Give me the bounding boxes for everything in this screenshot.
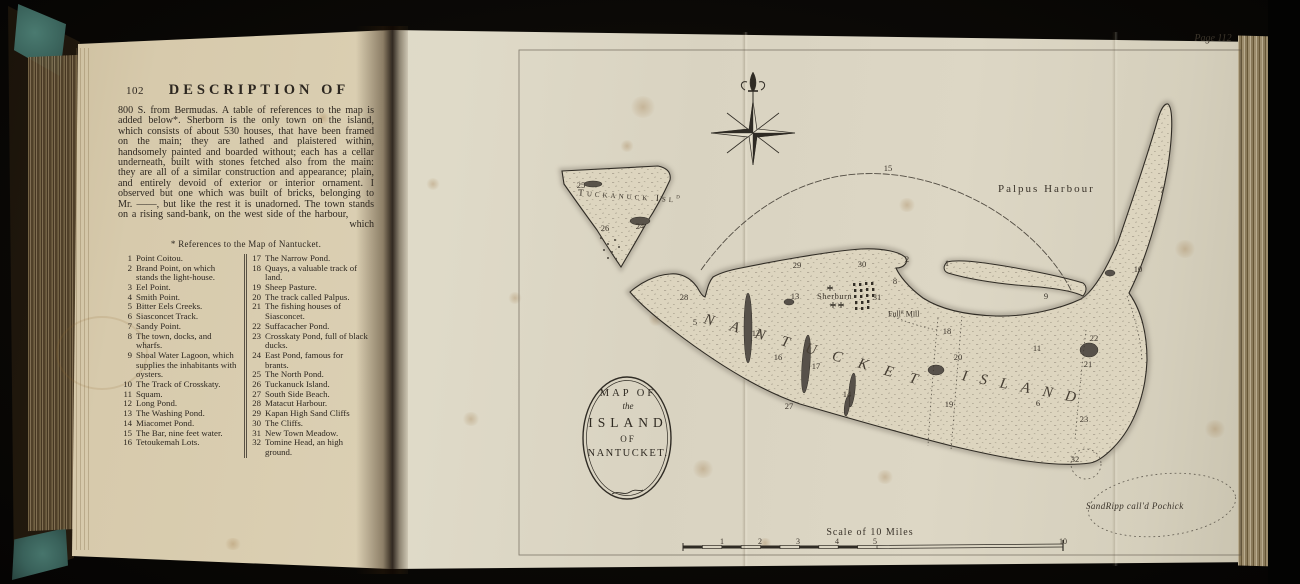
label-sand-ripp-pochick: SandRipp call'd Pochick [1086, 501, 1184, 511]
map-reference-number: 30 [858, 259, 867, 269]
reference-text: The town, docks, and wharfs. [136, 332, 239, 351]
reference-item: 18 Quays, a valuable track of land. [247, 264, 368, 283]
scale-tick-number: 4 [835, 537, 839, 546]
cartouche-line-5: NANTUCKET. [584, 448, 672, 459]
page-number: 102 [126, 85, 144, 97]
plate-fold-crease [742, 32, 748, 566]
reference-text: East Pond, famous for brants. [265, 351, 368, 370]
scale-tick-number: 2 [758, 537, 762, 546]
map-reference-number: 7 [1160, 185, 1164, 195]
label-palpus-harbour: Palpus Harbour [998, 183, 1095, 195]
reference-number: 9 [118, 351, 132, 380]
foxing-spot [508, 292, 522, 304]
map-reference-number: 31 [873, 292, 882, 302]
reference-item: 24 East Pond, famous for brants. [247, 351, 368, 370]
cartouche-line-2: the [584, 401, 672, 411]
map-reference-number: 20 [954, 352, 963, 362]
foxing-spot [426, 178, 440, 190]
reference-number: 32 [247, 438, 261, 457]
reference-item: 2 Brand Point, on which stands the light… [118, 264, 239, 283]
map-reference-number: 22 [1090, 333, 1099, 343]
foxing-spot [692, 460, 714, 478]
map-reference-number: 18 [943, 326, 952, 336]
foxing-spot [620, 140, 634, 152]
reference-text: Tomine Head, an high ground. [265, 438, 368, 457]
map-reference-number: 9 [1044, 291, 1048, 301]
label-tuckanuck-sup: d [676, 193, 683, 200]
map-reference-number: 5 [693, 317, 697, 327]
references-column-2: 17 The Narrow Pond. 18 Quays, a valuable… [247, 254, 368, 458]
reference-number: 23 [247, 332, 261, 351]
label-fulling-mill: Fullg Mill [888, 309, 919, 319]
reference-text: The fishing houses of Siasconcet. [265, 302, 368, 321]
reference-number: 8 [118, 332, 132, 351]
map-reference-number: 14 [843, 389, 852, 399]
left-page-header: 102 DESCRIPTION OF [118, 82, 374, 99]
reference-text: Tetoukemah Lots. [136, 438, 239, 448]
foxing-spot [224, 538, 242, 550]
foxing-spot [648, 312, 664, 326]
plate-fold-crease [1112, 32, 1118, 566]
cartouche-line-3: ISLAND [584, 415, 672, 431]
map-reference-number: 11 [1033, 343, 1041, 353]
foxing-spot [898, 198, 916, 212]
references-table: 1 Point Coitou. 2 Brand Point, on which … [118, 254, 374, 458]
foxing-spot [630, 96, 656, 118]
label-fulling-mill-b: Mill [904, 310, 920, 319]
map-reference-number: 26 [601, 223, 610, 233]
scale-tick-number: 3 [796, 537, 800, 546]
reference-item: 21 The fishing houses of Siasconcet. [247, 302, 368, 321]
scale-tick-number: 5 [873, 537, 877, 546]
label-sherburn: Sherburn [817, 291, 852, 301]
map-reference-number: 16 [774, 352, 783, 362]
foxing-spot [1174, 240, 1196, 258]
book-photo-scene: 102 DESCRIPTION OF 800 S. from Bermudas.… [0, 0, 1300, 584]
map-reference-number: 21 [1084, 359, 1093, 369]
map-reference-number: 19 [945, 399, 954, 409]
references-column-1: 1 Point Coitou. 2 Brand Point, on which … [118, 254, 239, 458]
map-reference-number: 13 [791, 291, 800, 301]
foxing-spot [876, 470, 894, 484]
reference-number: 21 [247, 302, 261, 321]
scale-tick-number: 1 [720, 537, 724, 546]
map-reference-number: 12 [752, 328, 761, 338]
reference-text: Shoal Water Lagoon, which supplies the i… [136, 351, 239, 380]
reference-item: 23 Crosskaty Pond, full of black ducks. [247, 332, 368, 351]
cartouche-title: MAP OF the ISLAND OF NANTUCKET. [584, 388, 672, 459]
page-edges-left [28, 55, 78, 531]
catchword: which [118, 220, 374, 230]
map-reference-number: 24 [636, 221, 645, 231]
map-reference-number: 23 [1080, 414, 1089, 424]
reference-text: Quays, a valuable track of land. [265, 264, 368, 283]
reference-number: 18 [247, 264, 261, 283]
map-reference-number: 32 [1071, 454, 1080, 464]
map-reference-number: 28 [680, 292, 689, 302]
map-reference-number: 27 [785, 401, 794, 411]
map-reference-number: 10 [1134, 264, 1143, 274]
left-page-text: 102 DESCRIPTION OF 800 S. from Bermudas.… [118, 82, 374, 458]
backdrop-right [1268, 0, 1300, 584]
reference-item: 32 Tomine Head, an high ground. [247, 438, 368, 457]
left-page-fore-edge [76, 48, 90, 550]
cartouche-line-4: OF [584, 434, 672, 444]
map-reference-number: 2 [905, 254, 909, 264]
column-divider-rule [244, 254, 247, 458]
map-reference-number: 17 [812, 361, 821, 371]
reference-text: Brand Point, on which stands the light-h… [136, 264, 239, 283]
reference-number: 16 [118, 438, 132, 448]
map-reference-number: 1 [945, 258, 949, 268]
cartouche-line-1: MAP OF [584, 388, 672, 399]
scale-tick-number: 10 [1059, 537, 1067, 546]
reference-number: 24 [247, 351, 261, 370]
map-reference-number: 25 [577, 180, 586, 190]
reference-item: 16 Tetoukemah Lots. [118, 438, 239, 448]
foxing-spot [462, 412, 480, 426]
body-paragraph: 800 S. from Bermudas. A table of referen… [118, 106, 374, 220]
reference-number: 2 [118, 264, 132, 283]
map-reference-number: 15 [884, 163, 893, 173]
page-title: DESCRIPTION OF [144, 82, 374, 99]
map-reference-number: 6 [1036, 398, 1040, 408]
footnote-heading: * References to the Map of Nantucket. [118, 239, 374, 249]
scale-caption: Scale of 10 Miles [800, 527, 940, 538]
map-reference-number: 29 [793, 260, 802, 270]
label-fulling-mill-a: Full [888, 310, 901, 319]
reference-item: 9 Shoal Water Lagoon, which supplies the… [118, 351, 239, 380]
map-reference-number: 8 [893, 276, 897, 286]
reference-text: Crosskaty Pond, full of black ducks. [265, 332, 368, 351]
foxing-spot [1204, 420, 1226, 438]
plate-page-label: Page 112 [1178, 33, 1248, 44]
page-edges-right [1238, 36, 1272, 567]
reference-item: 8 The town, docks, and wharfs. [118, 332, 239, 351]
